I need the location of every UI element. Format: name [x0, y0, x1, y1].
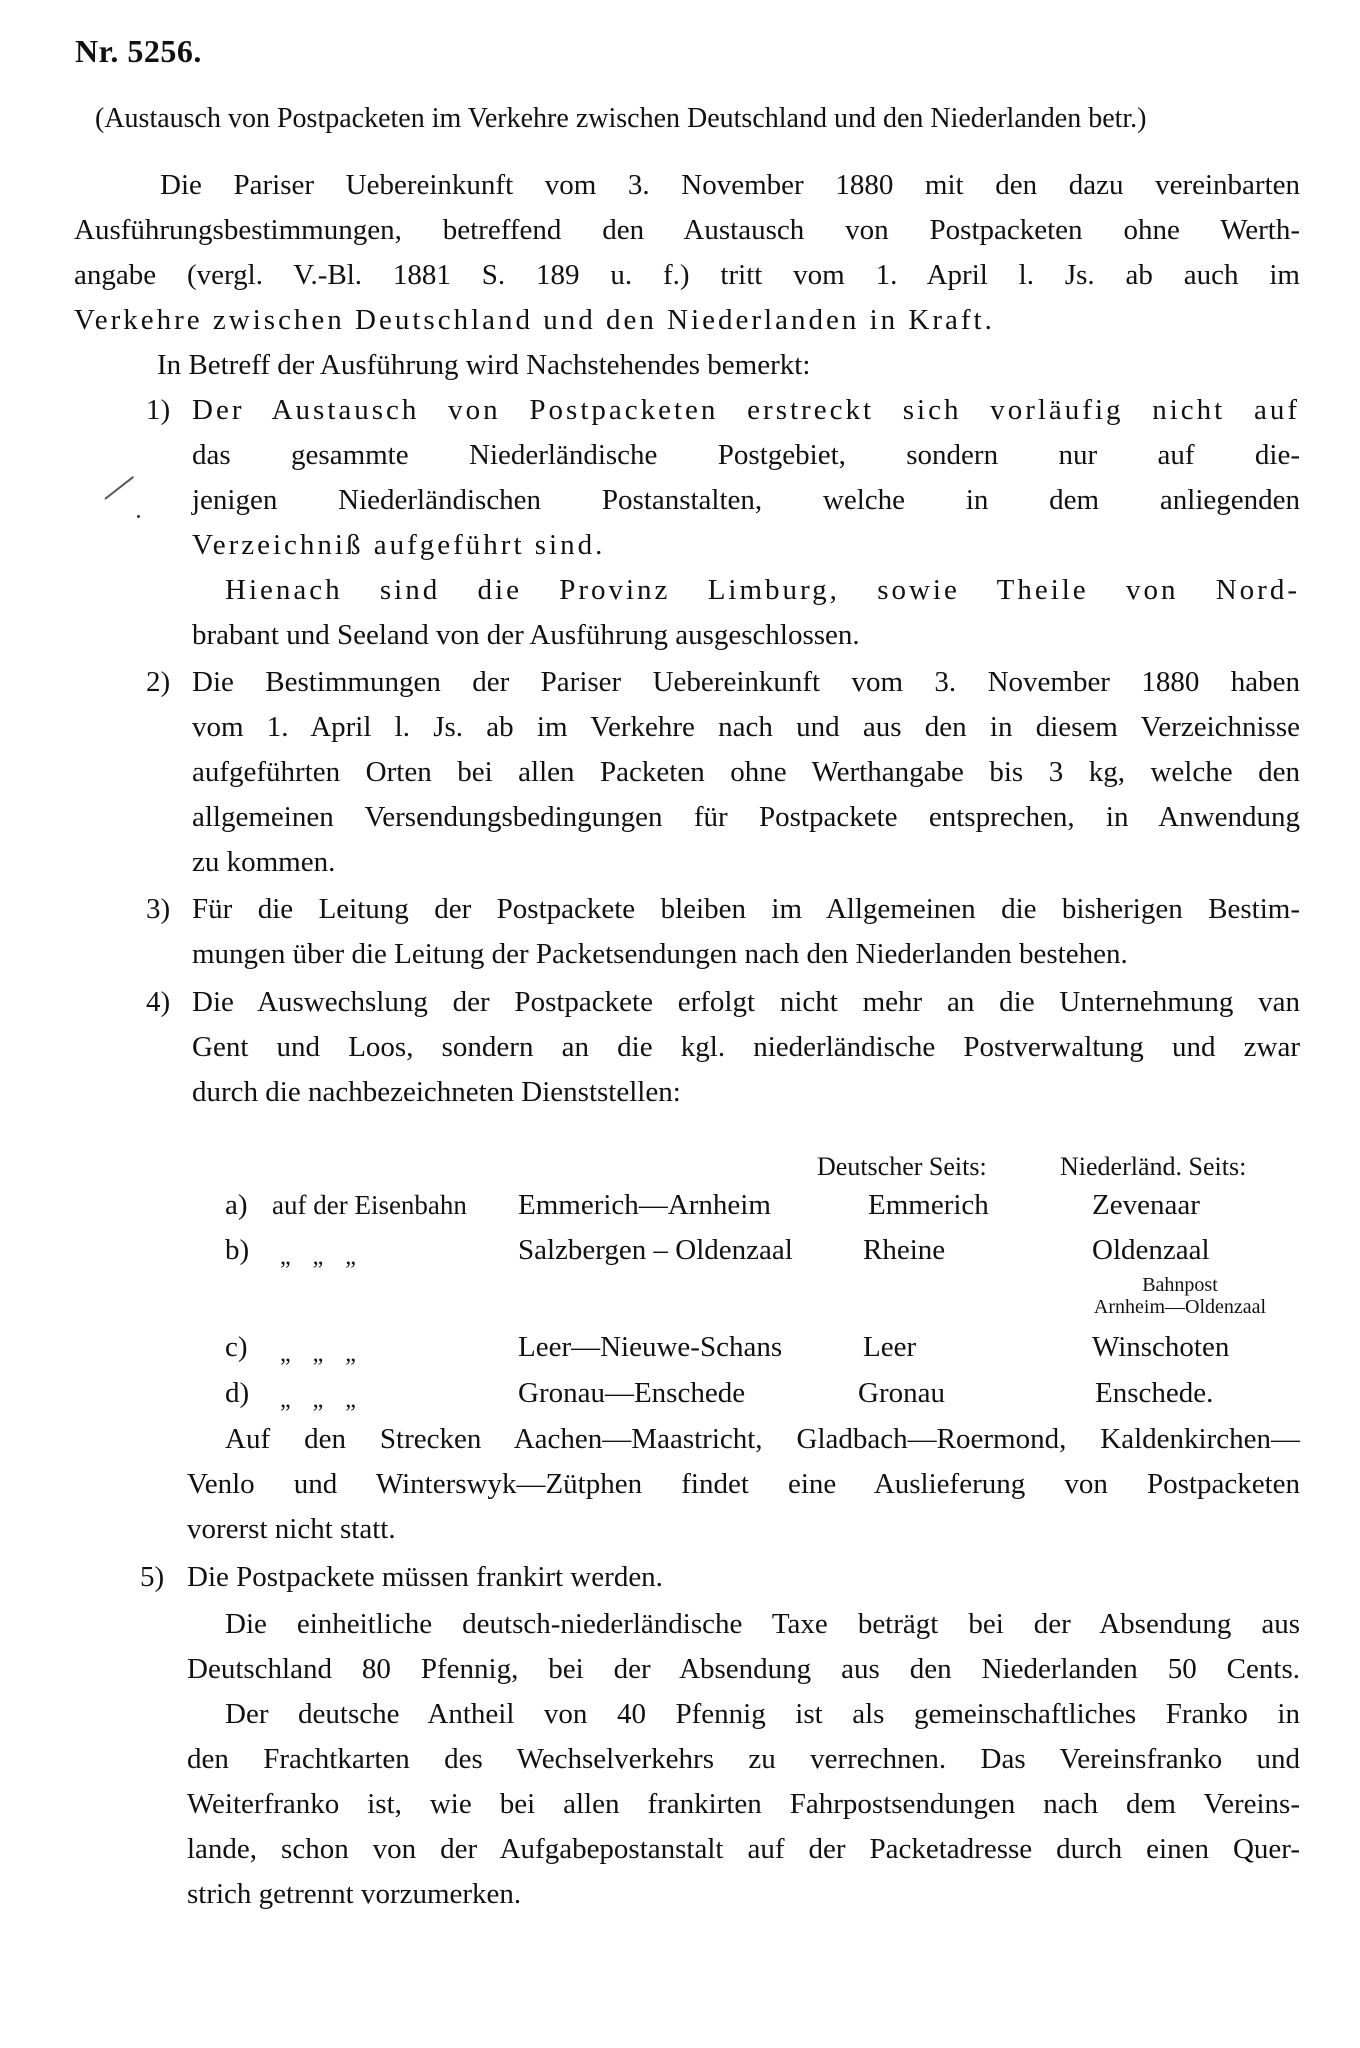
- section-number: 3): [146, 892, 170, 926]
- text-line: Verkehre zwischen Deutschland und den Ni…: [74, 303, 995, 337]
- text-line: Weiterfranko ist, wie bei allen frankirt…: [187, 1787, 1300, 1821]
- text-line: Die einheitliche deutsch-niederländische…: [225, 1607, 1300, 1641]
- row-label: a): [225, 1188, 248, 1222]
- row-via: „ „ „: [280, 1337, 364, 1371]
- text-line: allgemeinen Versendungsbedingungen für P…: [192, 800, 1300, 834]
- row-route: Emmerich—Arnheim: [518, 1188, 771, 1222]
- row-via: auf der Eisenbahn: [272, 1188, 467, 1222]
- text-line: Für die Leitung der Postpackete bleiben …: [192, 892, 1300, 926]
- row-german-office: Leer: [863, 1330, 916, 1364]
- row-dutch-office: Winschoten: [1092, 1330, 1229, 1364]
- text-line: Deutschland 80 Pfennig, bei der Absendun…: [187, 1652, 1300, 1686]
- column-header-german: Deutscher Seits:: [817, 1150, 987, 1184]
- row-via: „ „ „: [280, 1383, 364, 1417]
- text-line: Die Auswechslung der Postpackete erfolgt…: [192, 985, 1300, 1019]
- text-line: brabant und Seeland von der Ausführung a…: [192, 618, 860, 652]
- text-line: Verzeichniß aufgeführt sind.: [192, 528, 605, 562]
- text-line: Venlo und Winterswyk—Zütphen findet eine…: [187, 1467, 1300, 1501]
- row-dutch-office: Zevenaar: [1092, 1188, 1200, 1222]
- row-dutch-note: Arnheim—Oldenzaal: [1070, 1296, 1290, 1318]
- text-line: Der deutsche Antheil von 40 Pfennig ist …: [225, 1697, 1300, 1731]
- section-number: 1): [146, 393, 170, 427]
- text-line: Ausführungsbestimmungen, betreffend den …: [74, 213, 1300, 247]
- text-line: vorerst nicht statt.: [187, 1512, 396, 1546]
- row-label: b): [225, 1233, 249, 1267]
- row-dutch-office: Enschede.: [1095, 1376, 1213, 1410]
- text-line: vom 1. April l. Js. ab im Verkehre nach …: [192, 710, 1300, 744]
- section-title: Die Postpackete müssen frankirt werden.: [187, 1560, 663, 1594]
- section-number: 5): [140, 1560, 164, 1594]
- text-line: jenigen Niederländischen Postanstalten, …: [192, 483, 1300, 517]
- text-line: aufgeführten Orten bei allen Packeten oh…: [192, 755, 1300, 789]
- text-line: durch die nachbezeichneten Dienststellen…: [192, 1075, 681, 1109]
- text-line: lande, schon von der Aufgabepostanstalt …: [187, 1832, 1300, 1866]
- margin-dot-icon: [137, 515, 140, 518]
- text-line: angabe (vergl. V.-Bl. 1881 S. 189 u. f.)…: [74, 258, 1300, 292]
- row-dutch-office: Oldenzaal: [1092, 1233, 1210, 1267]
- column-header-dutch: Niederländ. Seits:: [1060, 1150, 1246, 1184]
- document-number: Nr. 5256.: [75, 34, 202, 68]
- document-page: Nr. 5256. (Austausch von Postpacketen im…: [0, 0, 1360, 2048]
- text-line: mungen über die Leitung der Packetsendun…: [192, 937, 1128, 971]
- text-line: Die Pariser Uebereinkunft vom 3. Novembe…: [160, 168, 1300, 202]
- text-line: das gesammte Niederländische Postgebiet,…: [192, 438, 1300, 472]
- text-line: den Frachtkarten des Wechselverkehrs zu …: [187, 1742, 1300, 1776]
- section-number: 4): [146, 985, 170, 1019]
- text-line: Hienach sind die Provinz Limburg, sowie …: [225, 573, 1300, 607]
- text-line: strich getrennt vorzumerken.: [187, 1877, 521, 1911]
- row-route: Gronau—Enschede: [518, 1376, 745, 1410]
- row-label: d): [225, 1376, 249, 1410]
- row-via: „ „ „: [280, 1240, 364, 1274]
- text-line: zu kommen.: [192, 845, 335, 879]
- row-route: Salzbergen – Oldenzaal: [518, 1233, 793, 1267]
- lead-sentence: In Betreff der Ausführung wird Nachstehe…: [157, 348, 810, 382]
- row-label: c): [225, 1330, 248, 1364]
- row-route: Leer—Nieuwe-Schans: [518, 1330, 782, 1364]
- text-line: Die Bestimmungen der Pariser Uebereinkun…: [192, 665, 1300, 699]
- row-german-office: Gronau: [858, 1376, 945, 1410]
- text-line: Gent und Loos, sondern an die kgl. niede…: [192, 1030, 1300, 1064]
- margin-mark-icon: [104, 476, 134, 500]
- document-subtitle: (Austausch von Postpacketen im Verkehre …: [95, 102, 1147, 136]
- text-line: Der Austausch von Postpacketen erstreckt…: [192, 393, 1300, 427]
- row-german-office: Rheine: [863, 1233, 945, 1267]
- text-line: Auf den Strecken Aachen—Maastricht, Glad…: [225, 1422, 1300, 1456]
- row-dutch-note: Bahnpost: [1080, 1274, 1280, 1296]
- row-german-office: Emmerich: [868, 1188, 989, 1222]
- section-number: 2): [146, 665, 170, 699]
